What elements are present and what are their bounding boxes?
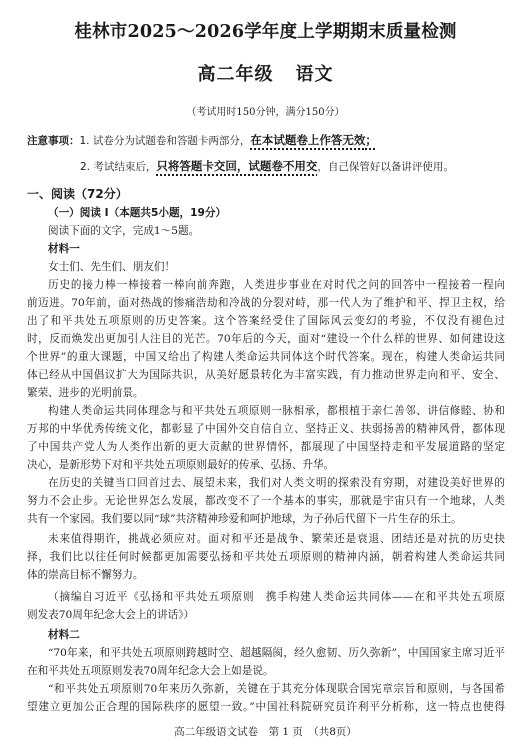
sub-section-heading: （一）阅读 I（本题共5小题，19分） xyxy=(48,206,226,220)
paragraph-line: 女士们、先生们、朋友们！ xyxy=(48,260,175,274)
paragraph-line: 体已经从中国倡议扩大为国际共识，从美好愿景转化为丰富实践，有力推动世界走向和平、… xyxy=(27,368,505,382)
citation-line: （摘编自习近平《弘扬和平共处五项原则 携手构建人类命运共同体——在和平共处五项原 xyxy=(48,590,505,604)
paragraph-line: 共有一个家园。我们要以同“球”共济精神珍爱和呵护地球，为子孙后代留下一片生存的乐… xyxy=(27,512,462,526)
subject-label: 语文 xyxy=(296,64,334,85)
paragraph-line: 未来值得期许，挑战必须应对。面对和平还是战争、繁荣还是衰退、团结还是对抗的历史抉 xyxy=(48,532,505,546)
notice-item-2: 2. 考试结束后，只将答题卡交回，试题卷不用交，自己保管好以备讲评使用。 xyxy=(80,158,454,174)
notice-text: 2. 考试结束后， xyxy=(80,161,156,173)
paragraph-line: 个世界”的重大课题，中国又给出了构建人类命运共同体这个时代答案。现在，构建人类命… xyxy=(27,350,505,364)
notice-item-1: 注意事项：1. 试卷分为试题卷和答题卡两部分，在本试题卷上作答无效； xyxy=(27,132,377,148)
paragraph-line: 了中国共产党人为人类作出新的更大贡献的世界情怀，都展现了中国坚持走和平发展道路的… xyxy=(27,440,505,454)
notice-text: ，自己保管好以备讲评使用。 xyxy=(317,161,454,173)
paragraph-line: 在和平共处五项原则发表70周年纪念大会上如是说。 xyxy=(27,664,274,678)
exam-info: （考试用时150分钟，满分150分） xyxy=(0,103,531,118)
paragraph-line: 努力不会止步。无论世界怎么发展，都改变不了一个基本的事实，那就是宇宙只有一个地球… xyxy=(27,494,505,508)
paragraph-line: 万邦的中华优秀传统文化，都彰显了中国外交自信自立、坚持正义、扶弱扬善的精神风骨，… xyxy=(27,422,505,436)
paragraph-line: 体的崇高目标不懈努力。 xyxy=(27,568,144,582)
notice-text: ； xyxy=(365,133,377,147)
material-label: 材料一 xyxy=(48,242,80,256)
exam-page: 桂林市2025～2026学年度上学期期末质量检测 高二年级语文 （考试用时150… xyxy=(0,0,531,739)
grade-label: 高二年级 xyxy=(198,64,274,85)
instruction: 阅读下面的文字，完成1～5题。 xyxy=(48,224,199,238)
paragraph-line: 前迈进。70年前，面对热战的惨痛浩劫和冷战的分裂对峙，那一代人为了维护和平、捍卫… xyxy=(27,296,505,310)
page-footer: 高二年级语文试卷 第 1 页 （共8页） xyxy=(0,724,531,739)
paragraph-line: 时，反而焕发出更加引人注目的光芒。70年后的今天，面对“建设一个什么样的世界、如… xyxy=(27,332,505,346)
paragraph-line: 择，我们比以往任何时候都更加需要弘扬和平共处五项原则的精神内涵，朝着构建人类命运… xyxy=(27,550,505,564)
exam-subtitle: 高二年级语文 xyxy=(0,60,531,86)
exam-title: 桂林市2025～2026学年度上学期期末质量检测 xyxy=(0,18,531,43)
paragraph-line: 决心，是新形势下对和平共处五项原则最好的传承、弘扬、升华。 xyxy=(27,458,334,472)
notice-emphasis: 在本试题卷上作答无效 xyxy=(250,133,365,147)
paragraph-line: 在历史的关键当口回首过去、展望未来，我们对人类文明的探索没有穷期，对建设美好世界… xyxy=(48,476,505,490)
citation-line: 则发表70周年纪念大会上的讲话》） xyxy=(27,608,194,622)
notice-text: 1. 试卷分为试题卷和答题卡两部分， xyxy=(80,135,251,147)
paragraph-line: 出了和平共处五项原则的历史答案。这个答案经受住了国际风云变幻的考验，不仅没有褪色… xyxy=(27,314,505,328)
notice-emphasis: 只将答题卡交回 xyxy=(156,159,237,173)
paragraph-line: 望建立更加公正合理的国际秩序的愿望一致。”中国社科院研究员许利平分析称，这一特点… xyxy=(27,700,505,714)
paragraph-line: 构建人类命运共同体理念与和平共处五项原则一脉相承，都根植于亲仁善邻、讲信修睦、协… xyxy=(48,404,505,418)
material-label: 材料二 xyxy=(48,628,80,642)
paragraph-line: “70年来，和平共处五项原则跨越时空、超越隔阂，经久愈韧、历久弥新”，中国国家主… xyxy=(48,646,505,660)
paragraph-line: 历史的接力棒一棒接着一棒向前奔跑，人类进步事业在对时代之问的回答中一程接着一程向 xyxy=(48,278,505,292)
paragraph-line: “和平共处五项原则70年来历久弥新，关键在于其充分体现联合国宪章宗旨和原则，与各… xyxy=(48,682,505,696)
section-heading: 一、阅读（72分） xyxy=(27,185,128,202)
notice-label: 注意事项： xyxy=(27,135,80,147)
notice-text: ， xyxy=(237,159,249,173)
paragraph-line: 繁荣、进步的光明前景。 xyxy=(27,386,144,400)
notice-emphasis: 试题卷不用交 xyxy=(248,159,317,173)
